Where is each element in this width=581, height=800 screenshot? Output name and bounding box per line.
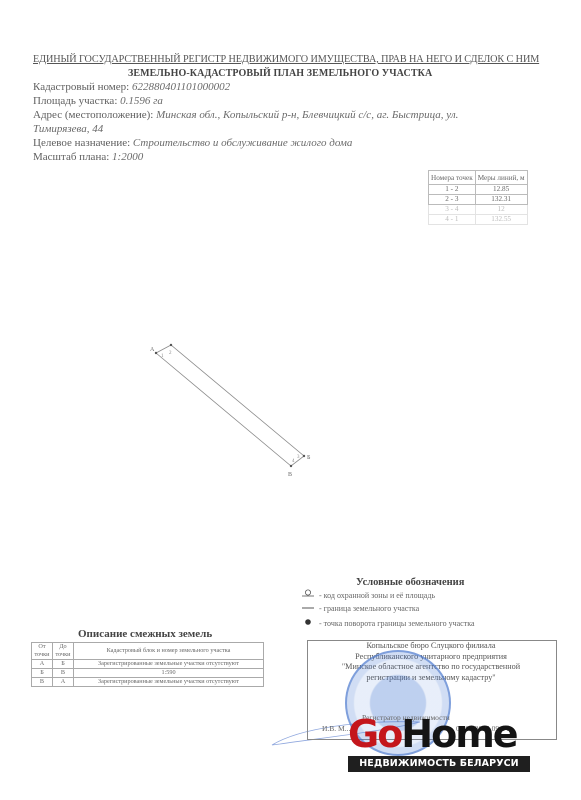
svg-text:Б: Б xyxy=(307,455,311,461)
table-row: АБЗарегистрированные земельные участки о… xyxy=(32,660,264,669)
gohome-subtitle: НЕДВИЖИМОСТЬ БЕЛАРУСИ xyxy=(348,756,530,772)
svg-text:2: 2 xyxy=(169,351,172,356)
gohome-logo: GoHome xyxy=(348,714,517,754)
turn-point-icon xyxy=(300,618,316,628)
adjacent-lands-title: Описание смежных земель xyxy=(78,628,212,640)
legend-item-boundary: - граница земельного участка xyxy=(300,604,419,613)
legend-title: Условные обозначения xyxy=(356,577,464,588)
svg-text:В: В xyxy=(288,472,292,478)
boundary-line-icon xyxy=(300,604,316,613)
svg-text:А: А xyxy=(150,347,155,353)
adjacent-lands-table: От точки До точки Кадастровый блок и ном… xyxy=(31,642,264,687)
table-row: ВАЗарегистрированные земельные участки о… xyxy=(32,678,264,687)
protection-zone-icon xyxy=(300,589,316,601)
parcel-boundary xyxy=(156,345,304,466)
table-row: БВ1:590 xyxy=(32,669,264,678)
legend-item-protection-zone: - код охранной зоны и её площадь xyxy=(300,589,435,601)
legend-item-turn-point: - точка поворота границы земельного учас… xyxy=(300,618,475,628)
signer-name: И.В. М... xyxy=(322,724,350,733)
svg-text:1: 1 xyxy=(161,354,164,359)
